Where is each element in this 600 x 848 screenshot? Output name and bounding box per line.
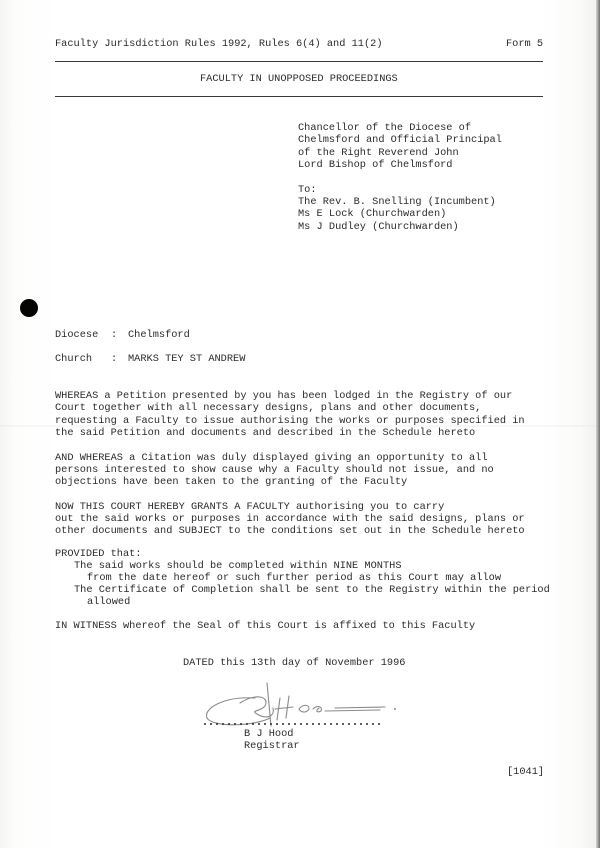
proviso-label: PROVIDED that: [55, 548, 142, 560]
issuer-line: of the Right Reverend John [298, 147, 459, 159]
paragraph-line: out the said works or purposes in accord… [55, 513, 525, 525]
rules-reference: Faculty Jurisdiction Rules 1992, Rules 6… [55, 38, 383, 50]
paragraph-line: AND WHEREAS a Citation was duly displaye… [55, 452, 488, 464]
document-reference: [1041] [507, 766, 544, 778]
to-label: To: [298, 184, 317, 196]
church-label: Church [55, 353, 92, 365]
recipient: Ms J Dudley (Churchwarden) [298, 221, 459, 233]
issuer-line: Lord Bishop of Chelmsford [298, 159, 452, 171]
diocese-label: Diocese [55, 329, 98, 341]
condition-line: allowed [87, 596, 130, 608]
signature-dotted-line [202, 723, 382, 725]
diocese-value: Chelmsford [128, 329, 190, 341]
condition-line: from the date hereof or such further per… [87, 572, 501, 584]
dated-line: DATED this 13th day of November 1996 [183, 657, 405, 669]
paragraph-line: requesting a Faculty to issue authorisin… [55, 415, 525, 427]
church-separator: : [111, 353, 117, 365]
document-title: FACULTY IN UNOPPOSED PROCEEDINGS [200, 73, 398, 85]
paragraph-line: the said Petition and documents and desc… [55, 427, 475, 439]
recipient: The Rev. B. Snelling (Incumbent) [298, 196, 496, 208]
issuer-line: Chancellor of the Diocese of [298, 122, 471, 134]
condition-line: The said works should be completed withi… [74, 560, 402, 572]
paragraph-line: WHEREAS a Petition presented by you has … [55, 390, 512, 402]
signatory-name: B J Hood [244, 728, 293, 740]
header-rule-top [55, 61, 543, 62]
paragraph-line: persons interested to show cause why a F… [55, 464, 494, 476]
signatory-role: Registrar [244, 740, 300, 752]
page-edge-shadow [596, 0, 600, 848]
condition-line: The Certificate of Completion shall be s… [74, 584, 550, 596]
paragraph-line: other documents and SUBJECT to the condi… [55, 525, 525, 537]
recipient: Ms E Lock (Churchwarden) [298, 208, 446, 220]
witness-clause: IN WITNESS whereof the Seal of this Cour… [55, 620, 475, 632]
form-number: Form 5 [506, 38, 543, 50]
issuer-line: Chelmsford and Official Principal [298, 134, 502, 146]
diocese-separator: : [111, 329, 117, 341]
header-rule-bottom [55, 96, 543, 97]
punch-hole [20, 299, 38, 317]
paragraph-line: objections have been taken to the granti… [55, 476, 407, 488]
church-value: MARKS TEY ST ANDREW [128, 353, 245, 365]
paragraph-line: NOW THIS COURT HEREBY GRANTS A FACULTY a… [55, 501, 444, 513]
paragraph-line: Court together with all necessary design… [55, 402, 481, 414]
